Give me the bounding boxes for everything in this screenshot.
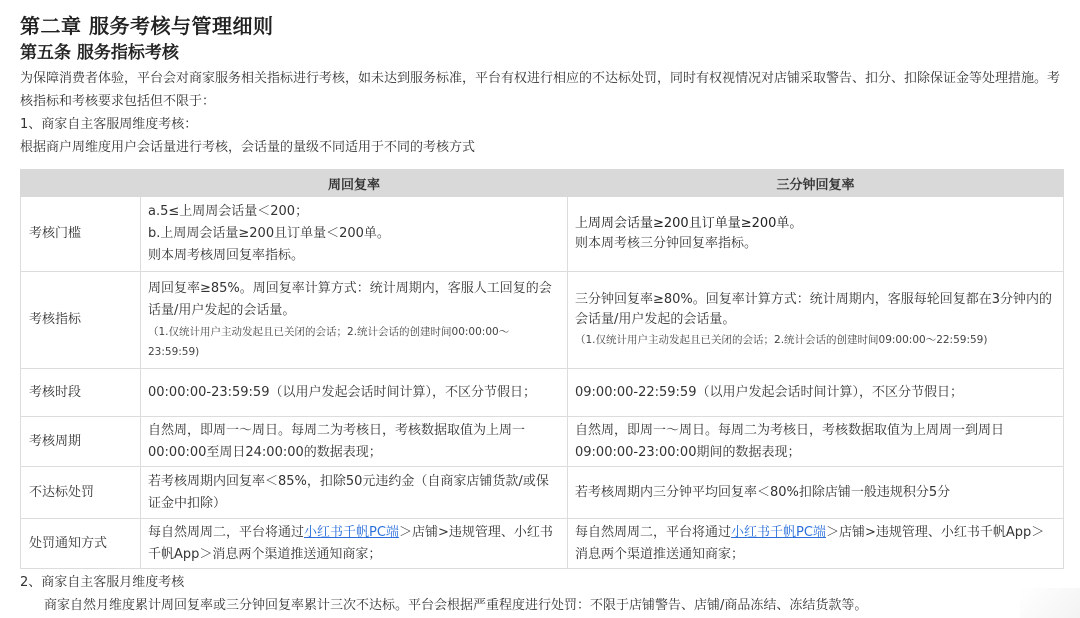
table-row-threshold: 考核门槛 a.5≤上周周会话量＜200； b.上周周会话量≥200且订单量＜20… (21, 197, 1064, 272)
intro-paragraph: 为保障消费者体验，平台会对商家服务相关指标进行考核，如未达到服务标准，平台有权进… (20, 67, 1065, 113)
cell-line: 则本周考核三分钟回复率指标。 (575, 234, 1055, 254)
assessment-table: 周回复率 三分钟回复率 考核门槛 a.5≤上周周会话量＜200； b.上周周会话… (20, 169, 1064, 569)
header-three-min-reply-rate: 三分钟回复率 (568, 170, 1064, 197)
qianfan-pc-link[interactable]: 小红书千帆PC端 (304, 525, 399, 540)
cell-three-min: 09:00:00-22:59:59（以用户发起会话时间计算），不区分节假日； (568, 369, 1064, 417)
cell-note: （1.仅统计用户主动发起且已关闭的会话；2.统计会话的创建时间09:00:00～… (575, 330, 1055, 350)
section2: 2、商家自主客服月维度考核 商家自然月维度累计周回复率或三分钟回复率累计三次不达… (20, 571, 1065, 617)
cell-weekly: a.5≤上周周会话量＜200； b.上周周会话量≥200且订单量＜200单。 则… (141, 197, 568, 272)
chapter-title: 第二章 服务考核与管理细则 (20, 12, 1065, 40)
cell-weekly: 00:00:00-23:59:59（以用户发起会话时间计算），不区分节假日； (141, 369, 568, 417)
header-blank (21, 170, 141, 197)
cell-three-min: 三分钟回复率≥80%。回复率计算方式：统计周期内，客服每轮回复都在3分钟内的会话… (568, 272, 1064, 369)
notice-text-before: 每自然周周二，平台将通过 (575, 525, 731, 540)
cell-main-text: 周回复率≥85%。周回复率计算方式：统计周期内，客服人工回复的会话量/用户发起的… (148, 278, 559, 322)
notice-text-before: 每自然周周二，平台将通过 (148, 525, 304, 540)
row-label: 处罚通知方式 (21, 519, 141, 569)
table-row-penalty: 不达标处罚 若考核周期内回复率＜85%，扣除50元违约金（自商家店铺货款/或保证… (21, 467, 1064, 519)
cell-weekly: 每自然周周二，平台将通过小红书千帆PC端＞店铺>违规管理、小红书千帆App＞消息… (141, 519, 568, 569)
row-label: 不达标处罚 (21, 467, 141, 519)
header-weekly-reply-rate: 周回复率 (141, 170, 568, 197)
table-row-metric: 考核指标 周回复率≥85%。周回复率计算方式：统计周期内，客服人工回复的会话量/… (21, 272, 1064, 369)
qianfan-pc-link[interactable]: 小红书千帆PC端 (731, 525, 826, 540)
cell-weekly: 周回复率≥85%。周回复率计算方式：统计周期内，客服人工回复的会话量/用户发起的… (141, 272, 568, 369)
cell-line: 上周周会话量≥200且订单量≥200单。 (575, 214, 1055, 234)
cell-weekly: 自然周，即周一～周日。每周二为考核日，考核数据取值为上周一00:00:00至周日… (141, 417, 568, 467)
cell-line: a.5≤上周周会话量＜200； (148, 201, 559, 223)
cell-three-min: 自然周，即周一～周日。每周二为考核日，考核数据取值为上周周一到周日09:00:0… (568, 417, 1064, 467)
row-label: 考核门槛 (21, 197, 141, 272)
row-label: 考核时段 (21, 369, 141, 417)
section1-description: 根据商户周维度用户会话量进行考核，会话量的量级不同适用于不同的考核方式 (20, 136, 1065, 159)
section1-heading: 1、商家自主客服周维度考核： (20, 113, 1065, 136)
cell-note: （1.仅统计用户主动发起且已关闭的会话；2.统计会话的创建时间00:00:00～… (148, 322, 559, 362)
document-page: 第二章 服务考核与管理细则 第五条 服务指标考核 为保障消费者体验，平台会对商家… (20, 12, 1065, 159)
article-title: 第五条 服务指标考核 (20, 40, 1065, 66)
cell-line: 则本周考核周回复率指标。 (148, 245, 559, 267)
row-label: 考核周期 (21, 417, 141, 467)
table-row-time-window: 考核时段 00:00:00-23:59:59（以用户发起会话时间计算），不区分节… (21, 369, 1064, 417)
corner-shadow (1020, 588, 1080, 618)
cell-three-min: 若考核周期内三分钟平均回复率＜80%扣除店铺一般违规积分5分 (568, 467, 1064, 519)
table-row-cycle: 考核周期 自然周，即周一～周日。每周二为考核日，考核数据取值为上周一00:00:… (21, 417, 1064, 467)
row-label: 考核指标 (21, 272, 141, 369)
section2-heading: 2、商家自主客服月维度考核 (20, 571, 1065, 594)
cell-weekly: 若考核周期内回复率＜85%，扣除50元违约金（自商家店铺货款/或保证金中扣除） (141, 467, 568, 519)
table-row-notification: 处罚通知方式 每自然周周二，平台将通过小红书千帆PC端＞店铺>违规管理、小红书千… (21, 519, 1064, 569)
cell-main-text: 三分钟回复率≥80%。回复率计算方式：统计周期内，客服每轮回复都在3分钟内的会话… (575, 290, 1055, 330)
cell-line: b.上周周会话量≥200且订单量＜200单。 (148, 223, 559, 245)
table-header-row: 周回复率 三分钟回复率 (21, 170, 1064, 197)
cell-three-min: 上周周会话量≥200且订单量≥200单。 则本周考核三分钟回复率指标。 (568, 197, 1064, 272)
section2-description: 商家自然月维度累计周回复率或三分钟回复率累计三次不达标。平台会根据严重程度进行处… (20, 594, 1065, 617)
cell-three-min: 每自然周周二，平台将通过小红书千帆PC端＞店铺>违规管理、小红书千帆App＞消息… (568, 519, 1064, 569)
